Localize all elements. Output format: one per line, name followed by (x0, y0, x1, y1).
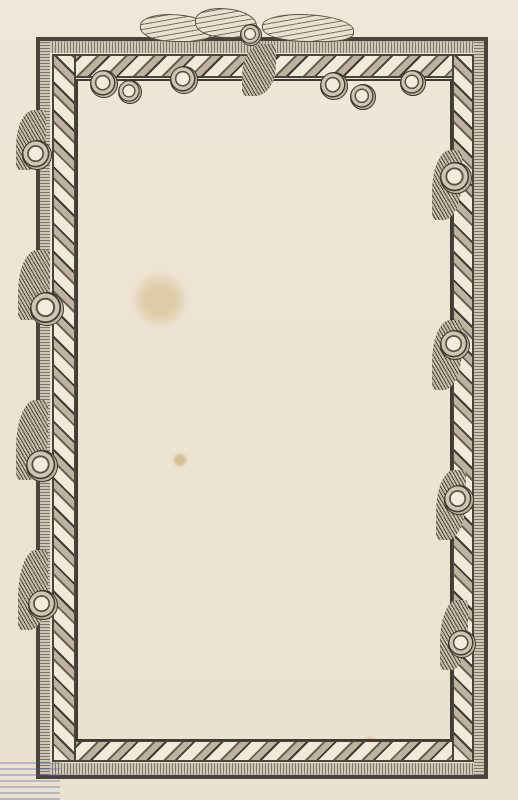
rose-top-4 (320, 72, 348, 100)
rose-top-6 (400, 70, 426, 96)
rose-top-2 (118, 80, 142, 104)
rose-right-4 (448, 630, 476, 658)
bottom-border-band (40, 763, 484, 775)
bow-knot (240, 24, 262, 46)
rose-top-1 (90, 70, 118, 98)
right-border-band (474, 41, 484, 775)
rose-right-1 (440, 162, 472, 194)
rose-right-3 (444, 485, 474, 515)
rose-left-4 (28, 590, 58, 620)
rose-top-5 (350, 84, 376, 110)
collection-stamp (0, 758, 60, 800)
rose-left-1 (22, 140, 52, 170)
rose-left-3 (26, 450, 58, 482)
rose-right-2 (440, 330, 470, 360)
left-ribbon (52, 54, 76, 762)
bottom-ribbon (52, 740, 472, 762)
rose-top-3 (170, 66, 198, 94)
rose-left-2 (30, 292, 64, 326)
blank-center-panel (78, 81, 450, 739)
